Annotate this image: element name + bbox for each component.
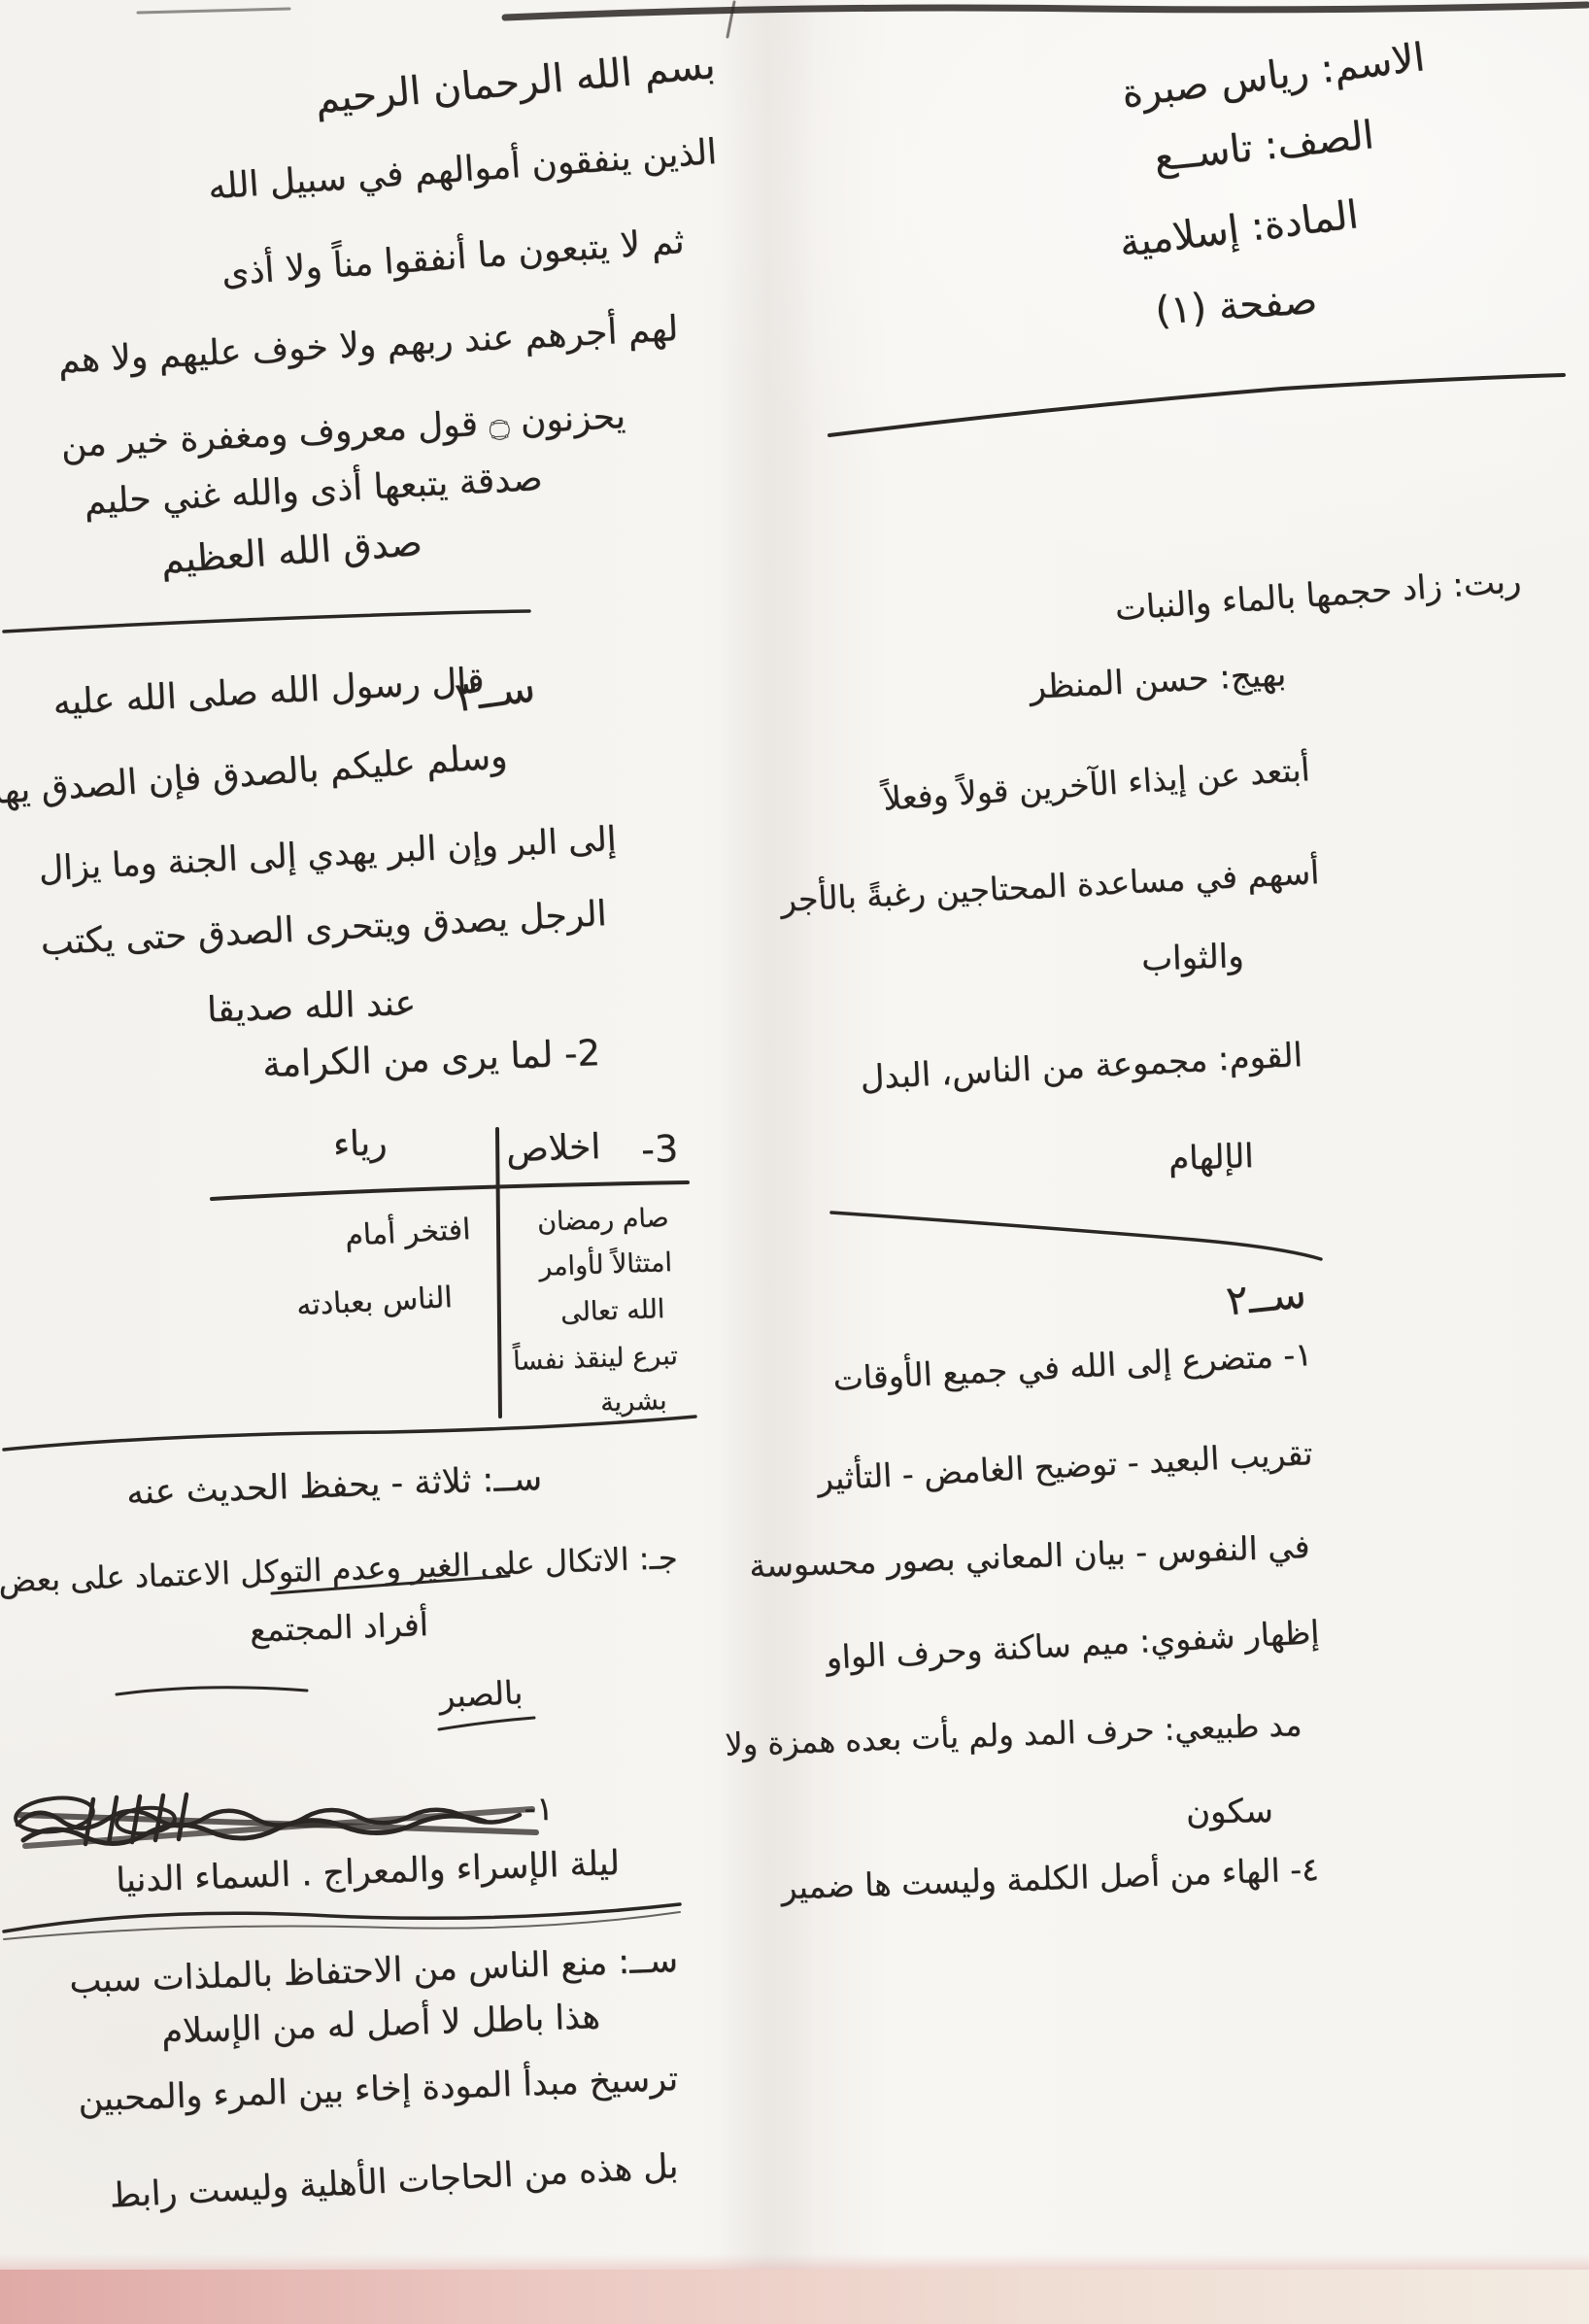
answer-line: في النفوس - بيان المعاني بصور محسوسة [748,1527,1309,1585]
vocab-line: الإلهام [1168,1137,1255,1179]
divider-wavy-bottom-2 [4,1912,680,1939]
note-line: أسهم في مساعدة المحتاجين رغبةً بالأجر [780,853,1320,919]
answer-line: ١- متضرع إلى الله في جميع الأوقات [832,1335,1313,1398]
note-line: بل هذه من الحاجات الأهلية وليست رابط [109,2147,679,2216]
divider-right-middle [831,1213,1321,1259]
note-line: هذا باطل لا أصل له من الإسلام [161,1998,601,2052]
vocab-line: القوم: مجموعة من الناس، البدل [860,1036,1303,1098]
paper-top-edge [505,5,1587,17]
underlined-word-bissabr: بالصبر [438,1673,524,1715]
underline-bissabr [439,1718,534,1729]
table-cell: صام رمضان [536,1203,668,1238]
note-line: ترسيخ مبدأ المودة إخاء بين المرء والمحبي… [78,2060,679,2120]
answer-line: تقريب البعيد - توضيح الغامض - التأثير [816,1434,1313,1498]
header-subject: المادة: إسلامية [1117,192,1361,266]
tajweed-rule-line: ٤- الهاء من أصل الكلمة وليست ها ضمير [781,1850,1320,1906]
table-header-ikhlas: اخلاص [505,1127,601,1170]
hadith-line: وسلم عليكم بالصدق فإن الصدق يهدي [0,736,508,814]
table-cell: الناس بعبادته [296,1281,454,1322]
question-2-marker: ســ٢ [1224,1269,1308,1324]
tajweed-rule-line: إظهار شفوي: ميم ساكنة وحرف الواو [825,1613,1320,1677]
note-line: ليلة الإسراء والمعراج . السماء الدنيا [116,1844,621,1900]
background-surface-strip [0,2270,1589,2324]
verse-line: ثم لا يتبعون ما أنفقوا مناً ولا أذى [220,222,685,293]
note-line: أفراد المجتمع [250,1605,429,1649]
header-student-name: الاسم: رياس صبرة [1119,35,1427,117]
hadith-line: إلى البر وإن البر يهدي إلى الجنة وما يزا… [37,820,617,889]
table-header-riya: رياء [332,1123,388,1165]
note-line: والثواب [1141,937,1245,979]
tajweed-rule-line: سكون [1186,1792,1273,1832]
hadith-line: قال رسول الله صلى الله عليه [51,661,485,723]
crossed-out-item-number: ١- [524,1790,554,1828]
verse-closing: صدق الله العظيم [159,521,423,582]
table-cell: بشرية [599,1385,667,1418]
note-line: أبتعد عن إيذاء الآخرين قولاً وفعلاً [881,750,1310,818]
numbered-answer-3-label: 3- [640,1127,679,1171]
paper-top-edge-left [138,9,289,13]
note-line: ســ: منع الناس من الاحتفاظ بالملذات سبب [69,1941,679,2001]
divider-wavy-bottom [4,1904,680,1931]
vocab-line: ربت: زاد حجمها بالماء والنبات [1114,562,1523,629]
table-cell: تبرع لينقذ نفساً [513,1341,679,1377]
header-page-number: صفحة (١) [1154,278,1319,334]
table-cell: افتخر أمام [344,1213,471,1253]
divider-under-verse [4,611,529,632]
header-grade: الصف: تاســع [1152,113,1376,180]
numbered-answer-2: 2- لما يرى من الكرامة [262,1032,601,1085]
divider-short [117,1688,307,1694]
note-line: ســ: ثلاثة - يحفظ الحديث عنه [126,1459,543,1513]
divider-under-header [829,375,1564,435]
table-cell: الله تعالى [559,1294,664,1328]
divider-under-table [4,1417,695,1450]
verse-line: لهم أجرهم عند ربهم ولا خوف عليهم ولا هم [57,309,679,381]
verse-line: الذين ينفقون أموالهم في سبيل الله [207,132,718,208]
note-line: جـ: الاتكال على الغير وعدم التوكل الاعتم… [0,1539,679,1599]
verse-line: يحزنون ۝ قول معروف ومغفرة خير من [60,396,626,465]
page-gutter-shadow [719,0,816,2324]
scribbled-out-line [14,1794,536,1846]
table-horizontal-line [212,1182,688,1199]
surface-edge-fade [0,2254,1589,2270]
verse-line: صدقة يتبعها أذى والله غني حليم [83,459,543,523]
hadith-line: عند الله صديقا [206,983,416,1030]
vocab-line: بهيج: حسن المنظر [1029,655,1287,707]
table-vertical-line [497,1129,500,1417]
scanned-notes-page: الاسم: رياس صبرة الصف: تاســع المادة: إس… [0,0,1589,2324]
hadith-line: الرجل يصدق ويتحرى الصدق حتى يكتب [39,894,607,963]
table-cell: امتثالاً لأوامر [539,1247,673,1282]
basmala-line: بسم الله الرحمان الرحيم [313,43,717,122]
